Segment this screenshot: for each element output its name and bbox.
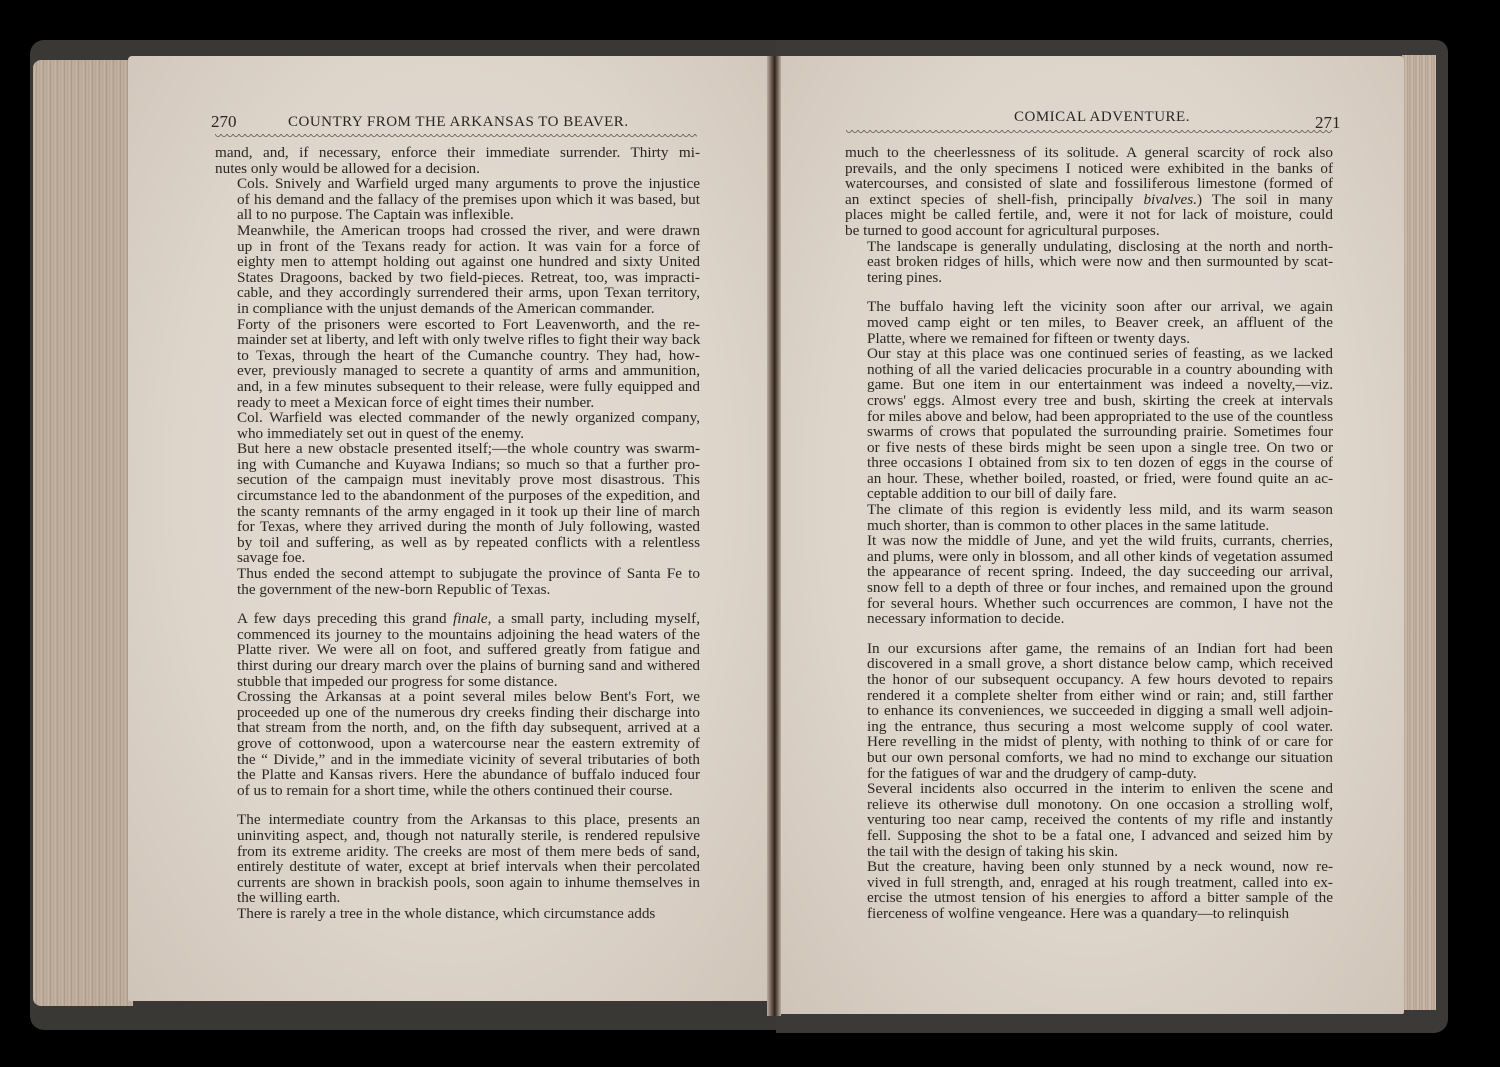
text-line: The buffalo having left the vicinity soo…	[845, 299, 1333, 315]
text-line: for miles above and below, had been appr…	[845, 409, 1333, 425]
text-line: States Dragoons, backed by two field-pie…	[215, 270, 700, 286]
text-line: of us to remain for a short time, while …	[215, 783, 700, 799]
text-line: the scanty remnants of the army engaged …	[215, 504, 700, 520]
text-line: eighty men to attempt holding out agains…	[215, 254, 700, 270]
text-line: The landscape is generally undulating, d…	[845, 239, 1333, 255]
text-line: ing the entrance, thus securing a most w…	[845, 719, 1333, 735]
text-line: ceptable addition to our bill of daily f…	[845, 486, 1333, 502]
paragraph: There is rarely a tree in the whole dist…	[215, 906, 700, 922]
paragraph: Col. Warfield was elected commander of t…	[215, 410, 700, 441]
text-line: places might be called fertile, and, wer…	[845, 207, 1333, 223]
text-line: Here revelling in the midst of plenty, w…	[845, 734, 1333, 750]
text-line: relieve its otherwise dull monotony. On …	[845, 797, 1333, 813]
text-line: from its extreme aridity. The creeks are…	[215, 844, 700, 860]
text-line: Our stay at this place was one continued…	[845, 346, 1333, 362]
text-line: In our excursions after game, the remain…	[845, 641, 1333, 657]
text-line: tering pines.	[845, 270, 1333, 286]
text-line: The climate of this region is evidently …	[845, 502, 1333, 518]
text-line: for the fatigues of war and the drudgery…	[845, 766, 1333, 782]
paragraph: Thus ended the second attempt to subjuga…	[215, 566, 700, 597]
text-line: entirely destitute of water, except at b…	[215, 859, 700, 875]
text-line: commenced its journey to the mountains a…	[215, 627, 700, 643]
text-line: an extinct species of shell-fish, princi…	[845, 192, 1333, 208]
text-line: But the creature, having been only stunn…	[845, 859, 1333, 875]
text-line: nutes only would be allowed for a decisi…	[215, 161, 700, 177]
text-line: Cols. Snively and Warfield urged many ar…	[215, 176, 700, 192]
text-line: necessary information to decide.	[845, 611, 1333, 627]
text-line: circumstance led to the abandonment of t…	[215, 488, 700, 504]
text-line: vived in full strength, and, enraged at …	[845, 875, 1333, 891]
text-line: that stream from the north, and, on the …	[215, 720, 700, 736]
text-line: A few days preceding this grand finale, …	[215, 611, 700, 627]
text-line: and plums, were only in blossom, and all…	[845, 549, 1333, 565]
text-line: uninviting aspect, and, though not natur…	[215, 828, 700, 844]
text-line: nothing of all the varied delicacies pro…	[845, 362, 1333, 378]
paragraph: The intermediate country from the Arkans…	[215, 812, 700, 906]
text-line: swarms of crows that populated the surro…	[845, 424, 1333, 440]
text-line: for several hours. Whether such occurren…	[845, 596, 1333, 612]
paragraph: A few days preceding this grand finale, …	[215, 611, 700, 689]
text-line: much to the cheerlessness of its solitud…	[845, 145, 1333, 161]
text-line: fell. Supposing the shot to be a fatal o…	[845, 828, 1333, 844]
paragraph: The buffalo having left the vicinity soo…	[845, 299, 1333, 346]
text-line: fierceness of wolfine vengeance. Here wa…	[845, 906, 1333, 922]
page-edges-right	[1402, 55, 1436, 1010]
text-line: up in front of the Texans ready for acti…	[215, 239, 700, 255]
running-head: COUNTRY FROM THE ARKANSAS TO BEAVER.	[288, 114, 629, 131]
text-line: prevails, and the only specimens I notic…	[845, 161, 1333, 177]
text-line: stubble that impeded our progress for so…	[215, 674, 700, 690]
text-line: all to no purpose. The Captain was infle…	[215, 207, 700, 223]
text-line: Platte, where we remained for fifteen or…	[845, 331, 1333, 347]
text-line: Thus ended the second attempt to subjuga…	[215, 566, 700, 582]
text-line: But here a new obstacle presented itself…	[215, 441, 700, 457]
paragraph: Our stay at this place was one continued…	[845, 346, 1333, 502]
paragraph: mand, and, if necessary, enforce their i…	[215, 145, 700, 176]
paragraph: But the creature, having been only stunn…	[845, 859, 1333, 921]
text-line: secution of the campaign must inevitably…	[215, 472, 700, 488]
text-line: moved camp eight or ten miles, to Beaver…	[845, 315, 1333, 331]
page-number: 270	[211, 112, 237, 132]
paragraph: Several incidents also occurred in the i…	[845, 781, 1333, 859]
text-line: ready to meet a Mexican force of eight t…	[215, 395, 700, 411]
book-gutter	[767, 56, 781, 1016]
paragraph: The climate of this region is evidently …	[845, 502, 1333, 533]
text-line: ever, previously managed to secrete a qu…	[215, 363, 700, 379]
text-line: be turned to good account for agricultur…	[845, 223, 1333, 239]
paragraph: much to the cheerlessness of its solitud…	[845, 145, 1333, 239]
paragraph: The landscape is generally undulating, d…	[845, 239, 1333, 286]
left-page: 270 COUNTRY FROM THE ARKANSAS TO BEAVER.…	[128, 56, 771, 1001]
text-line: to Texas, through the heart of the Cuman…	[215, 348, 700, 364]
paragraph: It was now the middle of June, and yet t…	[845, 533, 1333, 627]
text-line: proceeded up one of the numerous dry cre…	[215, 705, 700, 721]
text-line: of his demand and the fallacy of the pre…	[215, 192, 700, 208]
text-line: Crossing the Arkansas at a point several…	[215, 689, 700, 705]
text-line: grove of cottonwood, upon a watercourse …	[215, 736, 700, 752]
page-edges-left	[33, 60, 133, 1006]
running-head: COMICAL ADVENTURE.	[1014, 109, 1190, 126]
paragraph: Cols. Snively and Warfield urged many ar…	[215, 176, 700, 223]
text-line: The intermediate country from the Arkans…	[215, 812, 700, 828]
text-line: thirst during our dreary march over the …	[215, 658, 700, 674]
right-page: COMICAL ADVENTURE. 271 much to the cheer…	[781, 56, 1404, 1014]
text-line: who immediately set out in quest of the …	[215, 426, 700, 442]
text-line: much shorter, than is common to other pl…	[845, 518, 1333, 534]
text-line: ing with Cumanche and Kuyawa Indians; so…	[215, 457, 700, 473]
text-line: It was now the middle of June, and yet t…	[845, 533, 1333, 549]
text-line: rendered it a complete shelter from eith…	[845, 688, 1333, 704]
text-line: Several incidents also occurred in the i…	[845, 781, 1333, 797]
text-line: Meanwhile, the American troops had cross…	[215, 223, 700, 239]
text-line: mand, and, if necessary, enforce their i…	[215, 145, 700, 161]
text-line: by toil and suffering, as well as by rep…	[215, 535, 700, 551]
text-line: the government of the new-born Republic …	[215, 582, 700, 598]
header-rule	[215, 134, 697, 140]
text-line: ercise the utmost tension of his energie…	[845, 890, 1333, 906]
paragraph: Meanwhile, the American troops had cross…	[215, 223, 700, 317]
text-line: There is rarely a tree in the whole dist…	[215, 906, 700, 922]
text-line: the willing earth.	[215, 890, 700, 906]
text-line: the honor of our subsequent occupancy. A…	[845, 672, 1333, 688]
paragraph: Forty of the prisoners were escorted to …	[215, 317, 700, 411]
paragraph: Crossing the Arkansas at a point several…	[215, 689, 700, 798]
body-text: mand, and, if necessary, enforce their i…	[215, 145, 700, 922]
text-line: discovered in a small grove, a short dis…	[845, 656, 1333, 672]
text-line: the Platte and Kansas rivers. Here the a…	[215, 767, 700, 783]
text-line: but our own personal comforts, we had no…	[845, 750, 1333, 766]
text-line: mainder set at liberty, and left with on…	[215, 332, 700, 348]
paragraph: In our excursions after game, the remain…	[845, 641, 1333, 781]
body-text: much to the cheerlessness of its solitud…	[845, 145, 1333, 922]
text-line: the “ Divide,” and in the immediate vici…	[215, 752, 700, 768]
text-line: cable, and they accordingly surrendered …	[215, 285, 700, 301]
text-line: Col. Warfield was elected commander of t…	[215, 410, 700, 426]
text-line: or five nests of these birds might be se…	[845, 440, 1333, 456]
text-line: an hour. These, whether boiled, roasted,…	[845, 471, 1333, 487]
text-line: crows' eggs. Almost every tree and bush,…	[845, 393, 1333, 409]
header-rule	[846, 130, 1332, 136]
text-line: venturing too near camp, received the co…	[845, 812, 1333, 828]
text-line: watercourses, and consisted of slate and…	[845, 176, 1333, 192]
text-line: snow fell to a depth of three or four in…	[845, 580, 1333, 596]
text-line: Forty of the prisoners were escorted to …	[215, 317, 700, 333]
text-line: for Texas, where they arrived during the…	[215, 519, 700, 535]
text-line: Platte river. We were all on foot, and s…	[215, 642, 700, 658]
text-line: in compliance with the unjust demands of…	[215, 301, 700, 317]
paragraph: But here a new obstacle presented itself…	[215, 441, 700, 566]
text-line: the tail with the design of taking his s…	[845, 844, 1333, 860]
text-line: game. But one item in our entertainment …	[845, 377, 1333, 393]
text-line: three occasions I obtained from six to t…	[845, 455, 1333, 471]
text-line: east broken ridges of hills, which were …	[845, 254, 1333, 270]
text-line: to enhance its conveniences, we succeede…	[845, 703, 1333, 719]
text-line: the appearance of recent spring. Indeed,…	[845, 564, 1333, 580]
text-line: and, in a few minutes subsequent to thei…	[215, 379, 700, 395]
text-line: savage foe.	[215, 550, 700, 566]
text-line: currents are shown in brackish pools, so…	[215, 875, 700, 891]
